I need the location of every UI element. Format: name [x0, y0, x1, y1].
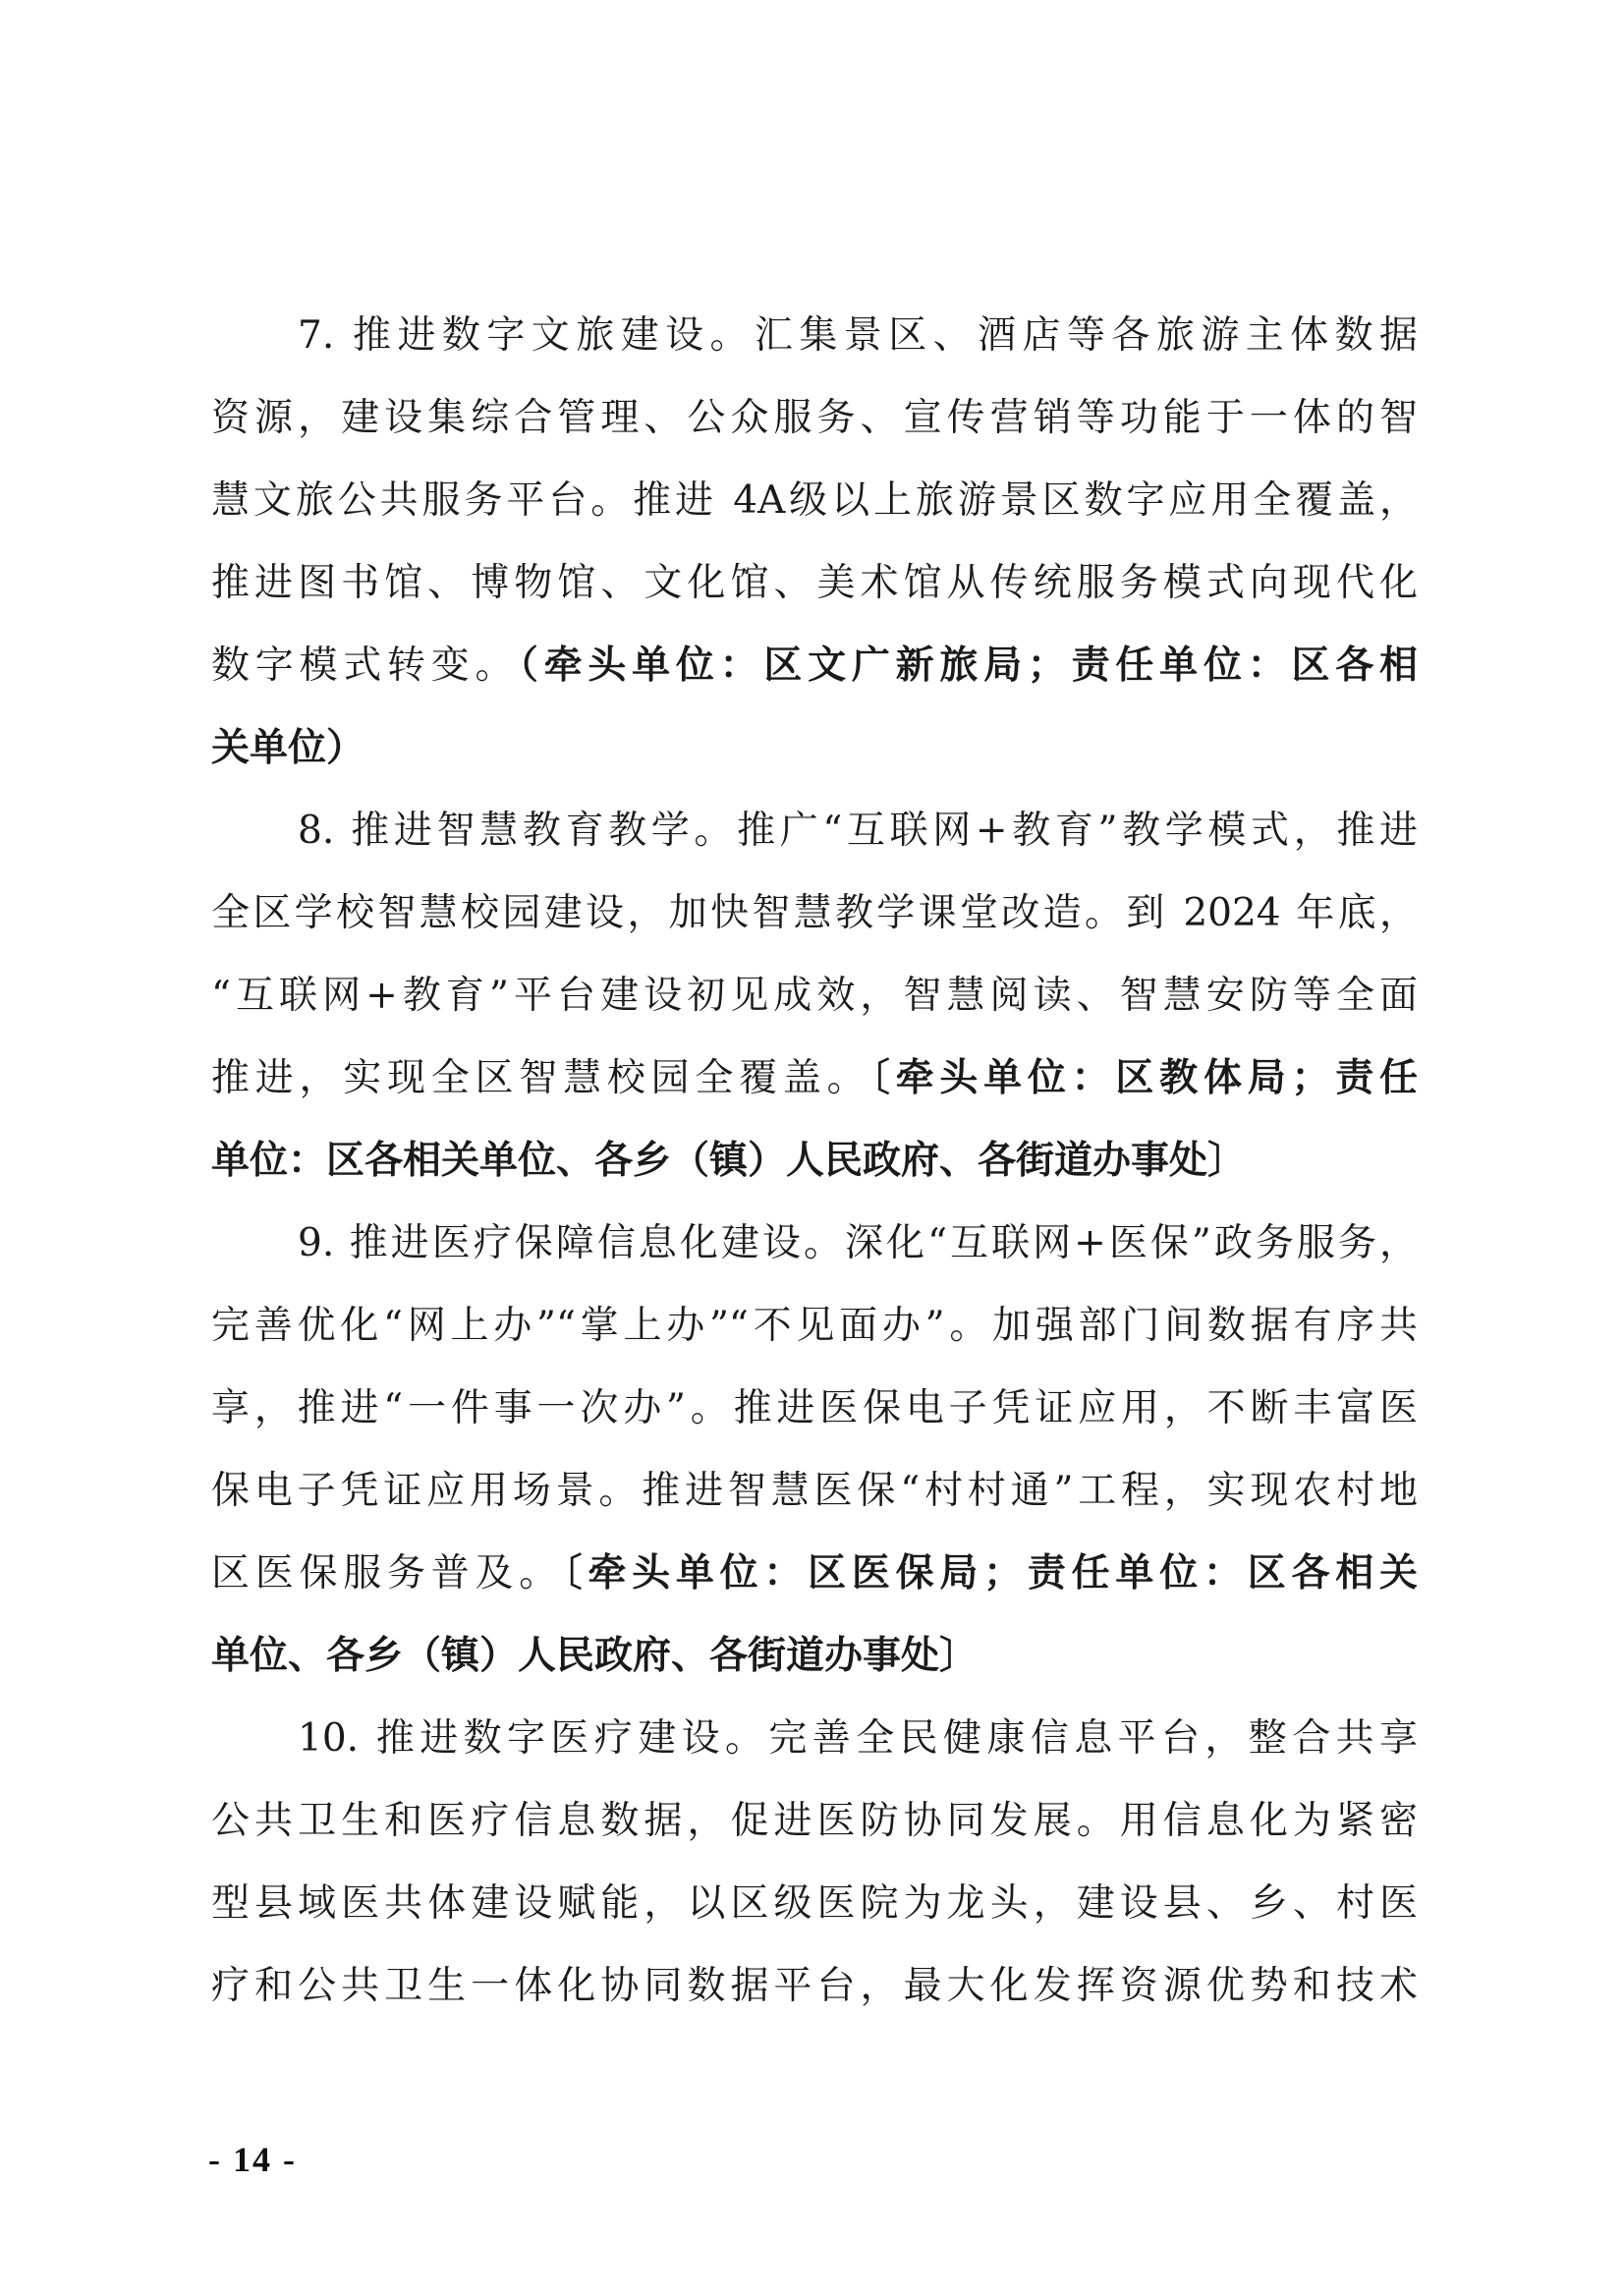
item-9-line-5: 区医保服务普及。〔牵头单位：区医保局；责任单位：区各相关 — [211, 1533, 1418, 1615]
document-page: 7. 推进数字文旅建设。汇集景区、酒店等各旅游主体数据 资源，建设集综合管理、公… — [0, 0, 1623, 2296]
item-10-line-1: 10. 推进数字医疗建设。完善全民健康信息平台，整合共享 — [211, 1698, 1418, 1780]
item-8-responsibility: 〔牵头单位：区教体局；责任 — [870, 1056, 1418, 1100]
item-7-line-2: 资源，建设集综合管理、公众服务、宣传营销等功能于一体的智 — [211, 377, 1418, 460]
item-9-responsibility-cont: 单位、各乡（镇）人民政府、各街道办事处〕 — [211, 1634, 978, 1678]
item-9-line-6: 单位、各乡（镇）人民政府、各街道办事处〕 — [211, 1615, 1418, 1698]
item-8-line-1: 8. 推进智慧教育教学。推广“互联网+教育”教学模式，推进 — [211, 790, 1418, 872]
item-7-responsibility-cont: 关单位） — [211, 726, 364, 770]
item-7-responsibility: （牵头单位：区文广新旅局；责任单位：区各相 — [519, 644, 1418, 688]
item-7-line-5: 数字模式转变。（牵头单位：区文广新旅局；责任单位：区各相 — [211, 625, 1418, 707]
item-9-line-1: 9. 推进医疗保障信息化建设。深化“互联网+医保”政务服务， — [211, 1203, 1418, 1285]
item-7-line-6: 关单位） — [211, 707, 1418, 790]
item-8-line-4: 推进，实现全区智慧校园全覆盖。〔牵头单位：区教体局；责任 — [211, 1037, 1418, 1120]
document-body: 7. 推进数字文旅建设。汇集景区、酒店等各旅游主体数据 资源，建设集综合管理、公… — [211, 295, 1418, 2028]
item-9-line-2: 完善优化“网上办”“掌上办”“不见面办”。加强部门间数据有序共 — [211, 1285, 1418, 1368]
item-9-responsibility: 〔牵头单位：区医保局；责任单位：区各相关 — [563, 1551, 1418, 1596]
item-8-line-2: 全区学校智慧校园建设，加快智慧教学课堂改造。到 2024 年底， — [211, 872, 1418, 955]
page-number: - 14 - — [208, 2139, 297, 2180]
item-10-line-2: 公共卫生和医疗信息数据，促进医防协同发展。用信息化为紧密 — [211, 1780, 1418, 1863]
item-8-line-5: 单位：区各相关单位、各乡（镇）人民政府、各街道办事处〕 — [211, 1120, 1418, 1203]
item-10-line-4: 疗和公共卫生一体化协同数据平台，最大化发挥资源优势和技术 — [211, 1945, 1418, 2028]
item-7-line-3: 慧文旅公共服务平台。推进 4A级以上旅游景区数字应用全覆盖， — [211, 460, 1418, 542]
item-7-line-1: 7. 推进数字文旅建设。汇集景区、酒店等各旅游主体数据 — [211, 295, 1418, 377]
item-7-line-4: 推进图书馆、博物馆、文化馆、美术馆从传统服务模式向现代化 — [211, 542, 1418, 625]
item-8-line-3: “互联网+教育”平台建设初见成效，智慧阅读、智慧安防等全面 — [211, 955, 1418, 1037]
item-9-line-4: 保电子凭证应用场景。推进智慧医保“村村通”工程，实现农村地 — [211, 1450, 1418, 1533]
item-8-responsibility-cont: 单位：区各相关单位、各乡（镇）人民政府、各街道办事处〕 — [211, 1139, 1246, 1183]
item-10-line-3: 型县域医共体建设赋能，以区级医院为龙头，建设县、乡、村医 — [211, 1863, 1418, 1945]
item-9-line-3: 享，推进“一件事一次办”。推进医保电子凭证应用，不断丰富医 — [211, 1368, 1418, 1450]
